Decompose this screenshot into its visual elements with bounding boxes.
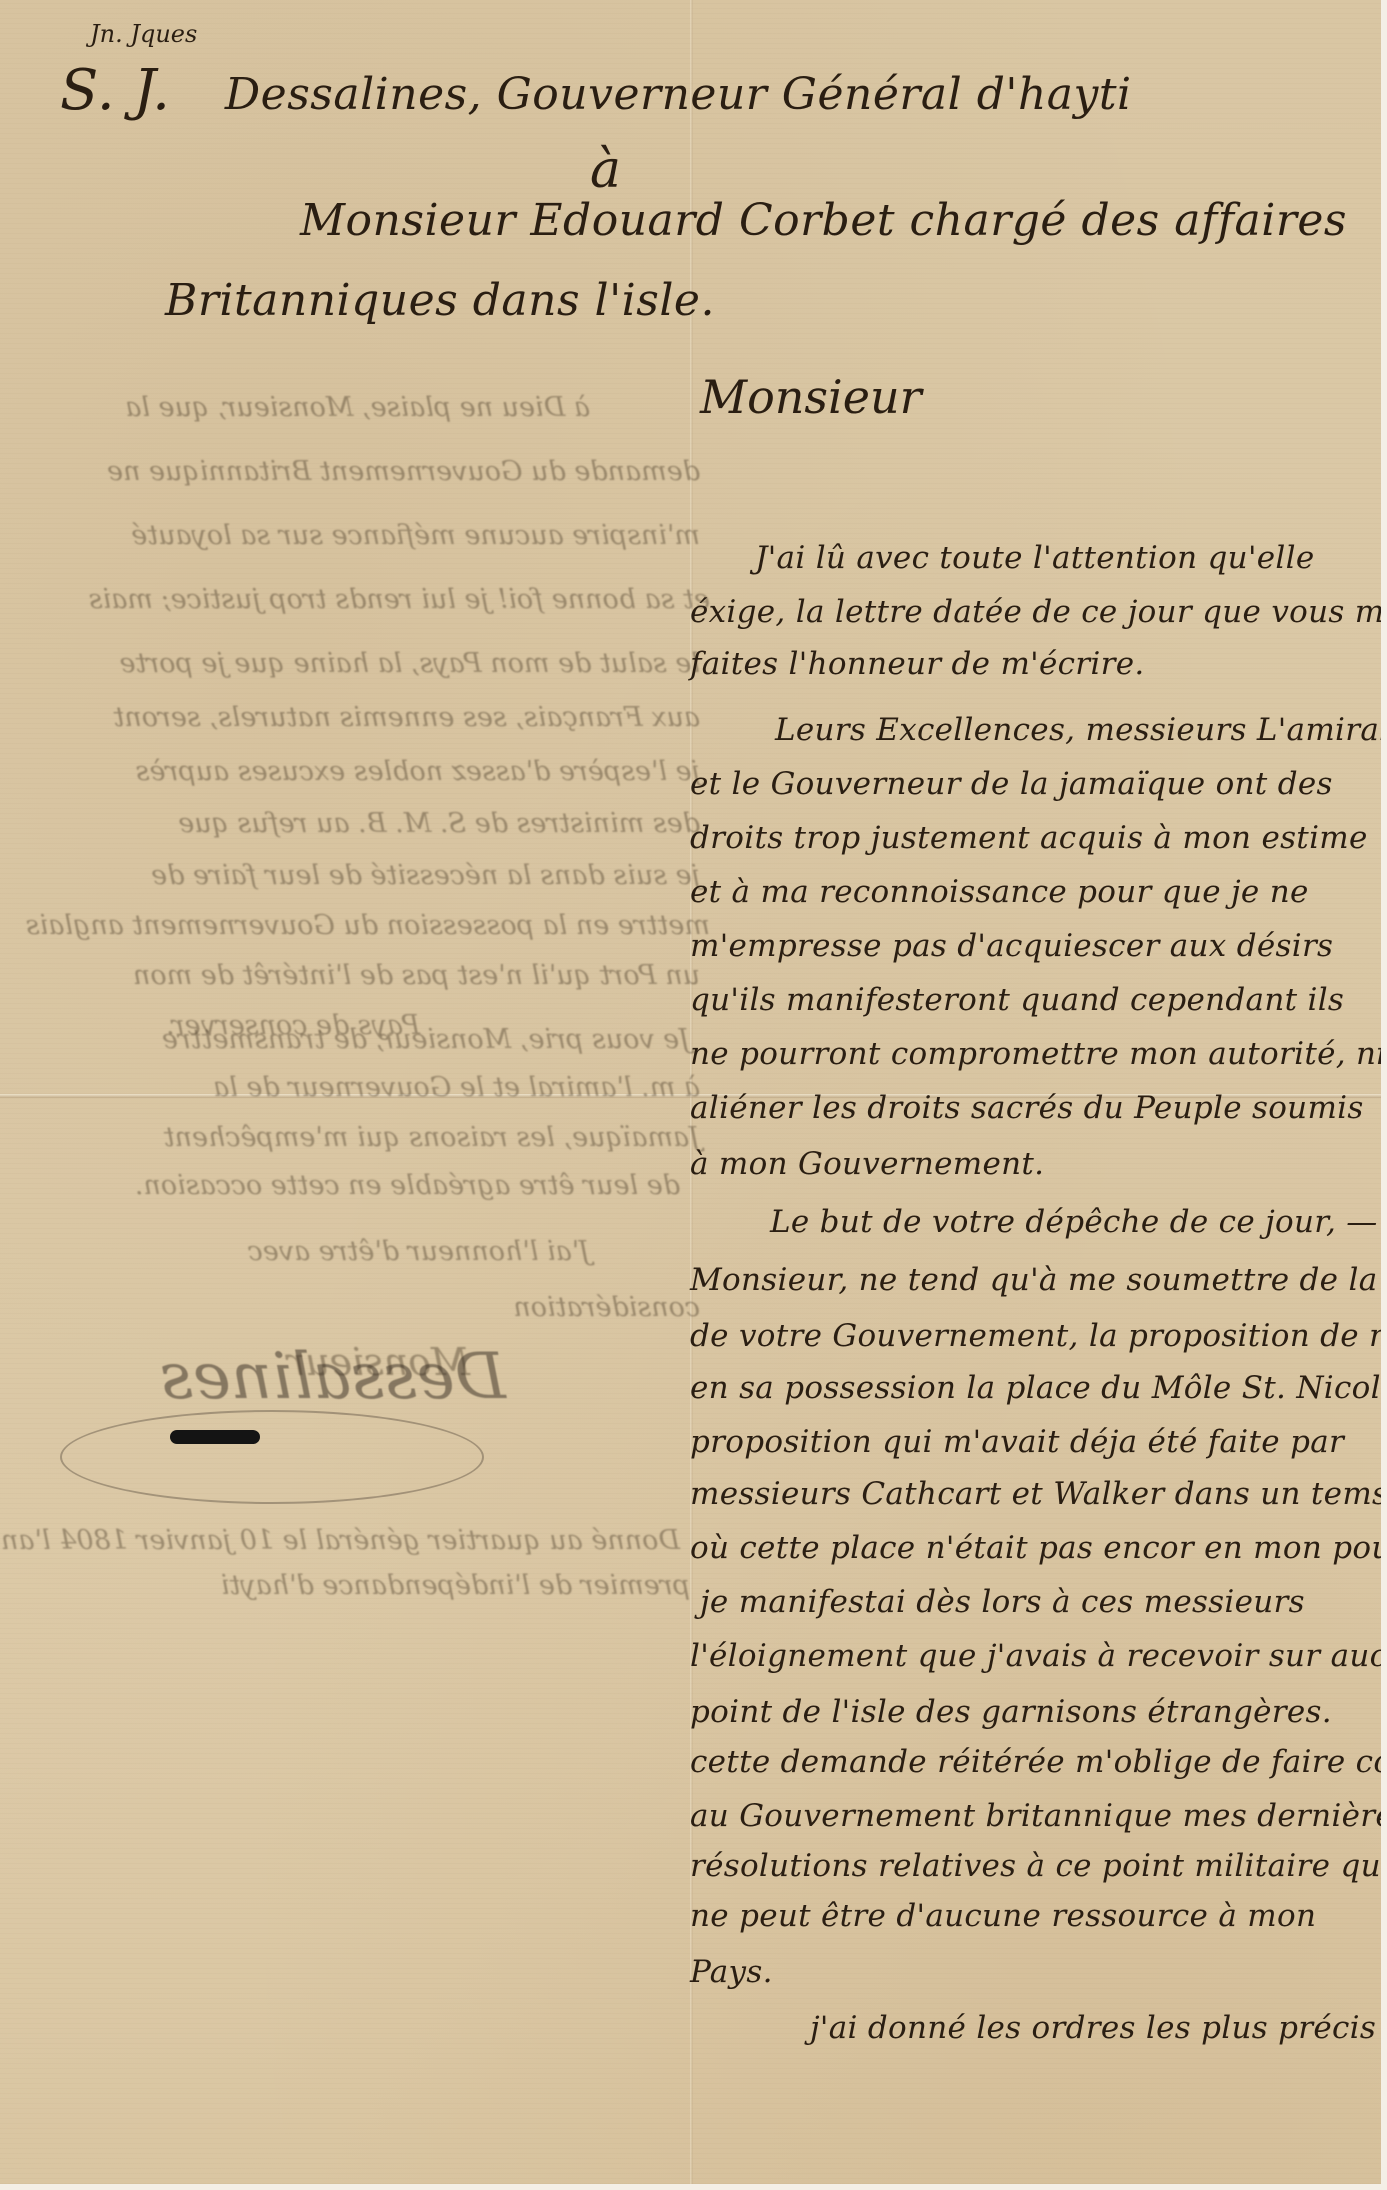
body-line: au Gouvernement britannique mes dernière… [690, 1798, 1381, 1834]
bleed-line: m'inspire aucune méfiance sur sa loyauté [131, 520, 700, 551]
body-line: droits trop justement acquis à mon estim… [690, 820, 1368, 856]
body-line: messieurs Cathcart et Walker dans un tem… [690, 1476, 1381, 1512]
body-line: et le Gouverneur de la jamaïque ont des [690, 766, 1333, 802]
bleed-line: je l'espère d'assez nobles excuses auprè… [136, 756, 700, 787]
body-line: en sa possession la place du Môle St. Ni… [690, 1370, 1381, 1406]
bleed-line: aux Français, ses ennemis naturels, sero… [114, 702, 701, 733]
salutation: Monsieur [700, 370, 922, 424]
body-line: aliéner les droits sacrés du Peuple soum… [690, 1090, 1364, 1126]
bleed-line: des ministres de S. M. B. au refus que [178, 808, 700, 839]
signature-text: Dessalines [160, 1340, 506, 1414]
signature-mark: Dessalines [60, 1320, 480, 1520]
body-line: où cette place n'était pas encor en mon … [690, 1530, 1381, 1566]
body-line: et à ma reconnoissance pour que je ne [690, 874, 1309, 910]
ink-blot [170, 1430, 260, 1444]
bleed-line: Donné au quartier général le 10 janvier … [1, 1525, 680, 1556]
body-line: Pays. [690, 1954, 773, 1990]
bleed-line: Jamaïque, les raisons qui m'empêchent [164, 1122, 700, 1153]
bleed-line: le salut de mon Pays, la haine que je po… [120, 648, 700, 679]
body-line: résolutions relatives à ce point militai… [690, 1848, 1381, 1884]
sender-prefix: Jn. Jques [90, 20, 197, 48]
recipient-line-2: Britanniques dans l'isle. [165, 275, 715, 326]
sender-title: Dessalines, Gouverneur Général d'hayti [225, 69, 1132, 120]
body-line: j'ai donné les ordres les plus précis [810, 2010, 1376, 2046]
sender-initials: S. J. [60, 58, 170, 123]
body-line: Monsieur, ne tend qu'à me soumettre de l… [690, 1262, 1381, 1298]
body-line: Leurs Excellences, messieurs L'amiral [775, 712, 1381, 748]
body-line: de votre Gouvernement, la proposition de… [690, 1318, 1381, 1354]
body-line: je manifestai dès lors à ces messieurs [700, 1584, 1305, 1620]
recipient-line-1: Monsieur Edouard Corbet chargé des affai… [300, 195, 1347, 246]
to-word: à [590, 140, 622, 200]
body-line: J'ai lû avec toute l'attention qu'elle [755, 540, 1315, 576]
bleed-line: un Port qu'il n'est pas de l'intérêt de … [133, 960, 700, 991]
signature-flourish [60, 1410, 484, 1504]
bleed-line: je suis dans la nécessité de leur faire … [151, 860, 700, 891]
bleed-line: à Dieu ne plaise, Monsieur, que la [125, 392, 590, 423]
body-line: faites l'honneur de m'écrire. [690, 646, 1145, 682]
body-line: ne pourront compromettre mon autorité, n… [690, 1036, 1381, 1072]
bleed-line: premier de l'indépendance d'hayti [221, 1570, 690, 1601]
body-line: éxige, la lettre datée de ce jour que vo… [690, 594, 1381, 630]
bleed-line: J'ai l'honneur d'être avec [248, 1236, 590, 1267]
bleed-line: et sa bonne foi! je lui rends trop justi… [89, 584, 710, 615]
body-line: proposition qui m'avait déja été faite p… [690, 1424, 1344, 1460]
bleed-line: mettre en la possession du Gouvernement … [26, 910, 710, 941]
sender-line: S. J. Dessalines, Gouverneur Général d'h… [60, 58, 1132, 123]
bleed-line: Je vous prie, Monsieur, de transmettre [162, 1024, 690, 1055]
letter-page: à Dieu ne plaise, Monsieur, que la deman… [0, 0, 1381, 2184]
body-line: à mon Gouvernement. [690, 1146, 1044, 1182]
body-line: cette demande réitérée m'oblige de faire… [690, 1744, 1381, 1780]
body-line: point de l'isle des garnisons étrangères… [690, 1694, 1332, 1730]
body-line: l'éloignement que j'avais à recevoir sur… [690, 1638, 1381, 1674]
bleed-line: demande du Gouvernement Britannique ne [107, 456, 700, 487]
bleed-line: de leur être agréable en cette occasion. [135, 1170, 680, 1201]
bleed-line: à m. l'amiral et le Gouverneur de la [213, 1072, 700, 1103]
body-line: m'empresse pas d'acquiescer aux désirs [690, 928, 1333, 964]
body-line: ne peut être d'aucune ressource à mon [690, 1898, 1316, 1934]
body-line: qu'ils manifesteront quand cependant ils [690, 982, 1344, 1018]
body-line: Le but de votre dépêche de ce jour, — [770, 1204, 1378, 1240]
